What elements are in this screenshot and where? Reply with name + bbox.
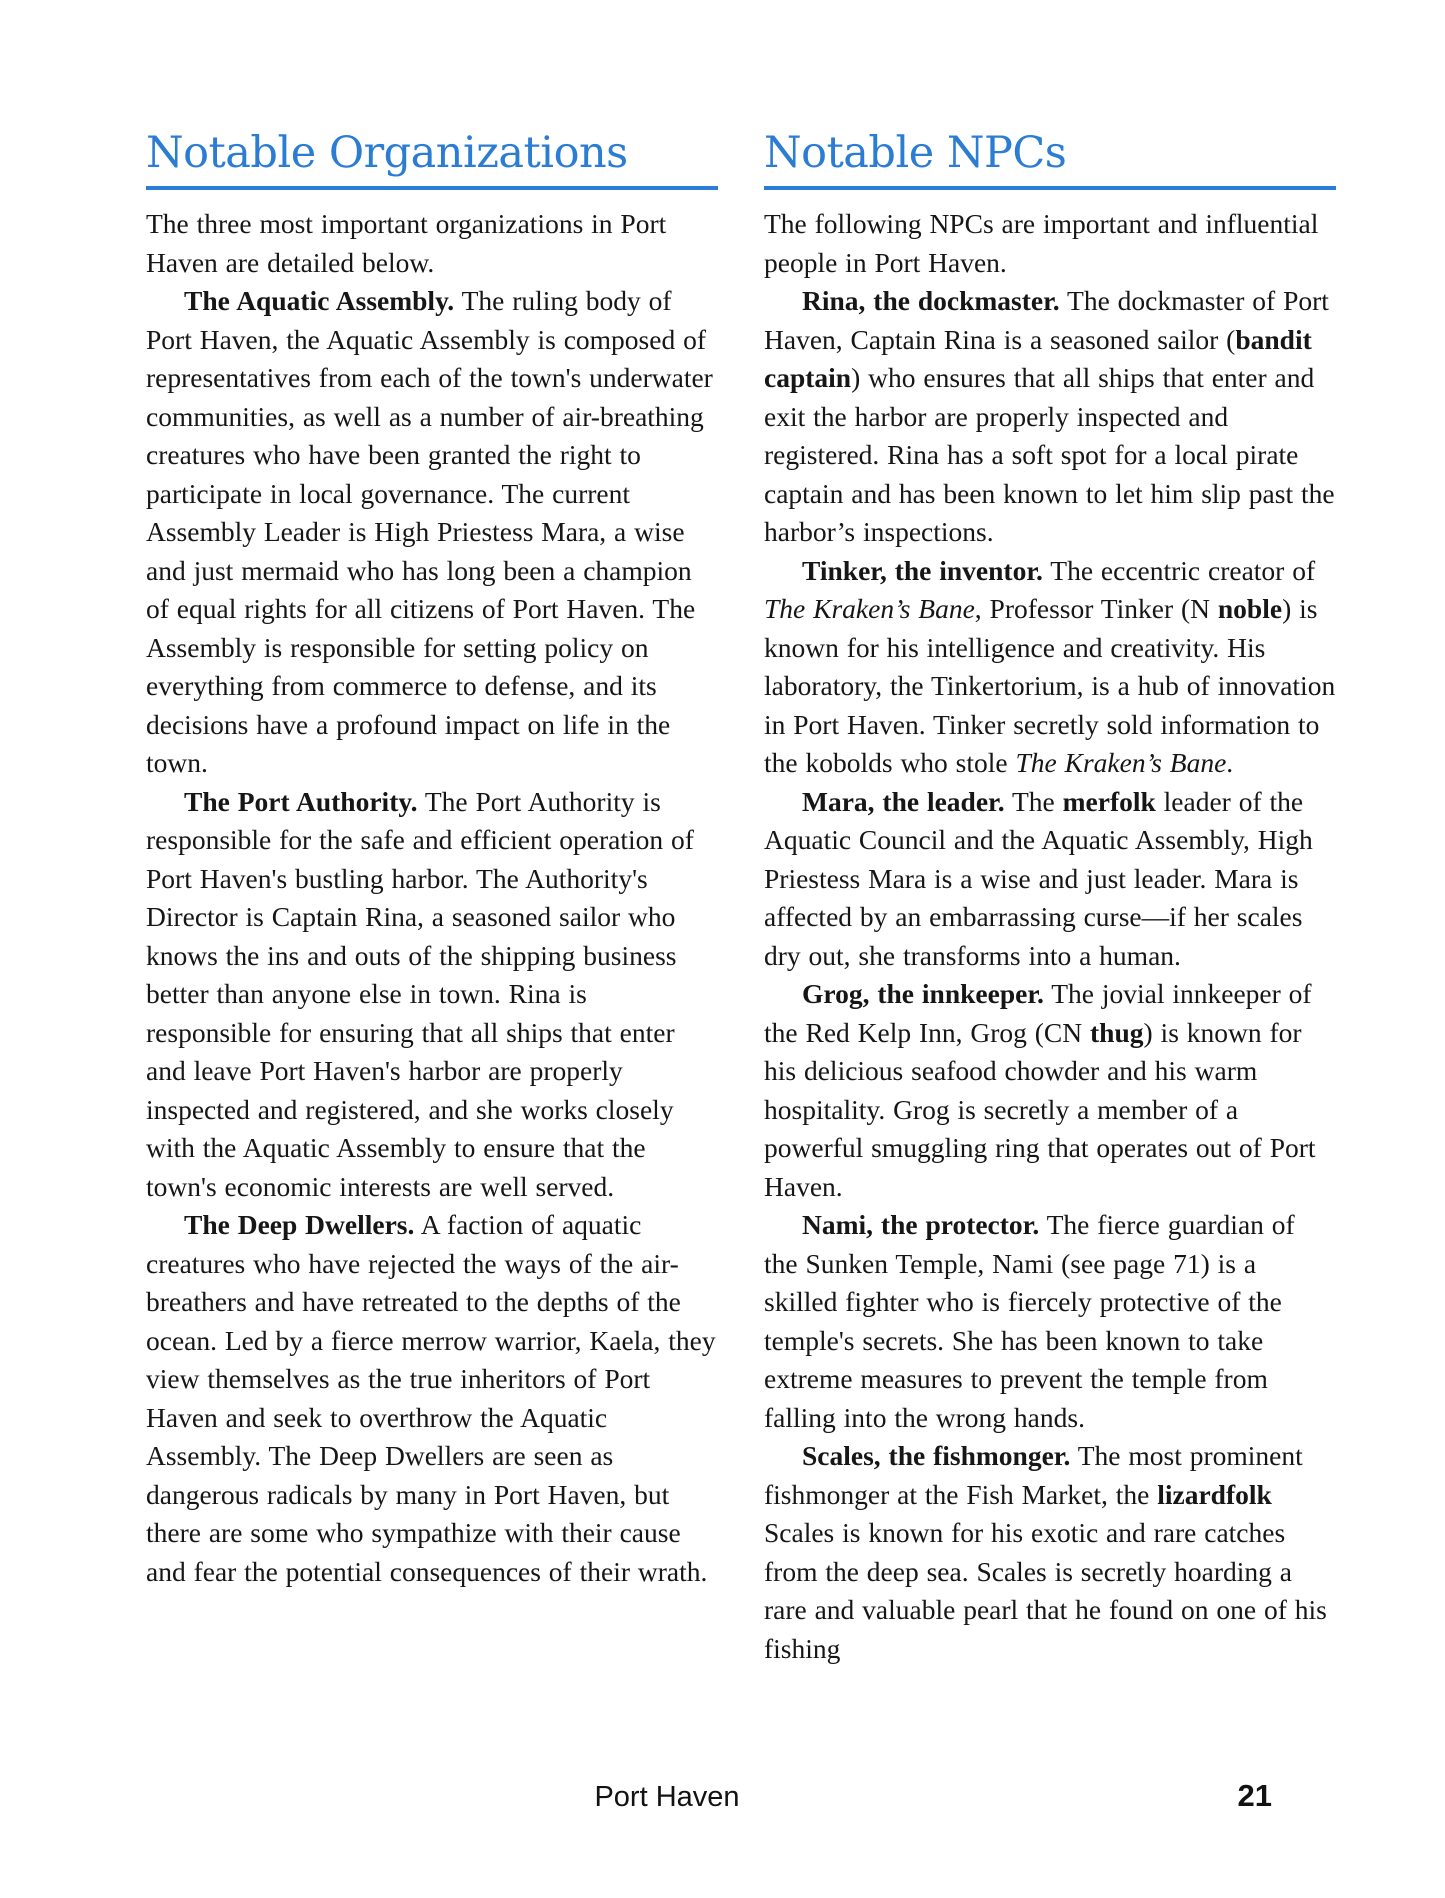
paragraph: The following NPCs are important and inf… xyxy=(764,205,1336,282)
text-run: The fierce guardian of the Sunken Temple… xyxy=(764,1209,1295,1433)
paragraph: Scales, the fishmonger. The most promine… xyxy=(764,1437,1336,1668)
text-run: The ruling body of Port Haven, the Aquat… xyxy=(146,285,713,778)
paragraph: The three most important organizations i… xyxy=(146,205,718,282)
text-run: The eccentric creator of xyxy=(1043,555,1315,586)
two-column-content: Notable Organizations The three most imp… xyxy=(146,128,1336,1668)
paragraph: Grog, the innkeeper. The jovial innkeepe… xyxy=(764,975,1336,1206)
document-page: Notable Organizations The three most imp… xyxy=(0,0,1445,1898)
text-run: Scales is known for his exotic and rare … xyxy=(764,1517,1327,1664)
text-run: The following NPCs are important and inf… xyxy=(764,208,1318,278)
bold-run: Mara, the leader. xyxy=(802,786,1005,817)
bold-run: The Deep Dwellers. xyxy=(184,1209,414,1240)
text-run: The three most important organizations i… xyxy=(146,208,666,278)
text-run: A faction of aquatic creatures who have … xyxy=(146,1209,716,1587)
text-run: , Professor Tinker (N xyxy=(975,593,1218,624)
bold-run: The Port Authority. xyxy=(184,786,417,817)
section-heading-notable-npcs: Notable NPCs xyxy=(764,128,1336,190)
section-body: The three most important organizations i… xyxy=(146,205,718,1591)
bold-run: Nami, the protector. xyxy=(802,1209,1039,1240)
bold-run: lizardfolk xyxy=(1157,1479,1272,1510)
text-run: . xyxy=(1226,747,1233,778)
paragraph: The Aquatic Assembly. The ruling body of… xyxy=(146,282,718,783)
paragraph: Nami, the protector. The fierce guardian… xyxy=(764,1206,1336,1437)
bold-run: Rina, the dockmaster. xyxy=(802,285,1060,316)
bold-run: The Aquatic Assembly. xyxy=(184,285,454,316)
paragraph: The Deep Dwellers. A faction of aquatic … xyxy=(146,1206,718,1591)
paragraph: Tinker, the inventor. The eccentric crea… xyxy=(764,552,1336,783)
bold-run: merfolk xyxy=(1063,786,1156,817)
italic-run: The Kraken’s Bane xyxy=(1016,747,1227,778)
footer-page-number: 21 xyxy=(1238,1778,1272,1814)
column-notable-npcs: Notable NPCs The following NPCs are impo… xyxy=(764,128,1336,1668)
footer-book-title: Port Haven xyxy=(0,1781,1334,1814)
bold-run: Grog, the innkeeper. xyxy=(802,978,1044,1009)
paragraph: Rina, the dockmaster. The dockmaster of … xyxy=(764,282,1336,552)
text-run: The xyxy=(1005,786,1063,817)
column-notable-organizations: Notable Organizations The three most imp… xyxy=(146,128,718,1668)
section-heading-notable-organizations: Notable Organizations xyxy=(146,128,718,190)
bold-run: Tinker, the inventor. xyxy=(802,555,1043,586)
text-run: The Port Authority is responsible for th… xyxy=(146,786,694,1202)
italic-run: The Kraken’s Bane xyxy=(764,593,975,624)
bold-run: thug xyxy=(1090,1017,1144,1048)
paragraph: Mara, the leader. The merfolk leader of … xyxy=(764,783,1336,976)
paragraph: The Port Authority. The Port Authority i… xyxy=(146,783,718,1207)
section-body: The following NPCs are important and inf… xyxy=(764,205,1336,1668)
bold-run: Scales, the fishmonger. xyxy=(802,1440,1070,1471)
bold-run: noble xyxy=(1218,593,1282,624)
